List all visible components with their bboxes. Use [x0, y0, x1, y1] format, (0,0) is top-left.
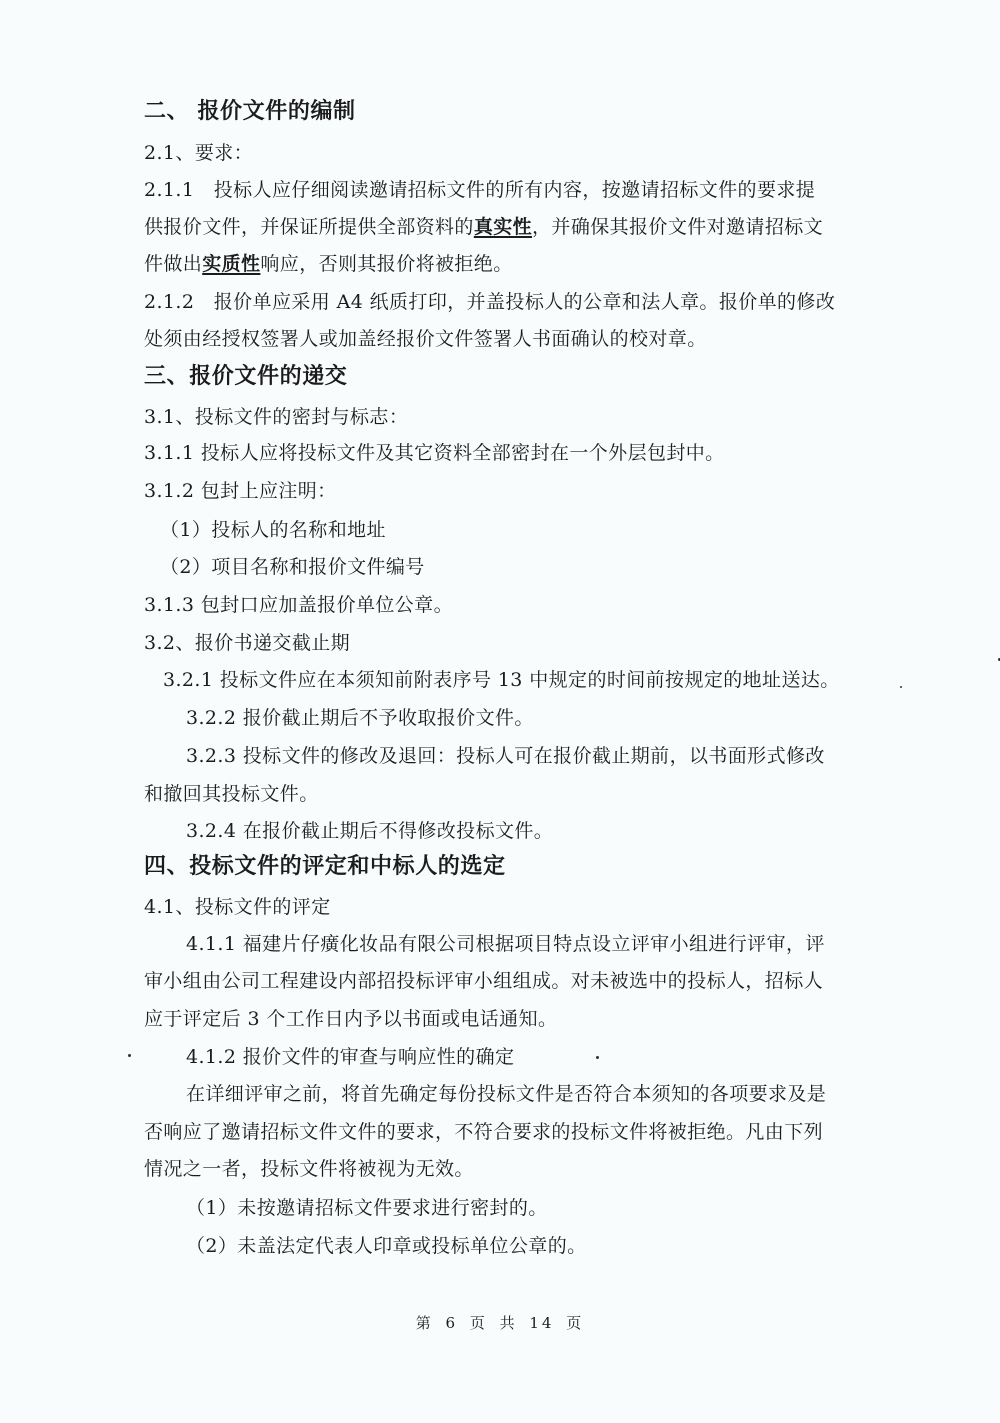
clause-3-2-1: 3.2.1 投标文件应在本须知前附表序号 13 中规定的时间前按规定的地址送达。: [163, 668, 840, 692]
clause-3-1-2: 3.1.2 包封上应注明：: [144, 479, 337, 503]
clause-2-1-2-line-1: 2.1.2 报价单应采用 A4 纸质打印，并盖投标人的公章和法人章。报价单的修改: [144, 290, 835, 314]
scan-speck: [596, 1056, 599, 1059]
clause-2-1-1-line-2: 供报价文件，并保证所提供全部资料的真实性，并确保其报价文件对邀请招标文: [144, 215, 823, 239]
emphasis-authenticity: 真实性: [474, 216, 532, 238]
clause-4-1-1-line-1: 4.1.1 福建片仔癀化妆品有限公司根据项目特点设立评审小组进行评审，评: [186, 932, 825, 956]
clause-3-1-2-item-1: （1）投标人的名称和地址: [160, 518, 386, 542]
clause-3-1: 3.1、投标文件的密封与标志：: [144, 405, 408, 429]
text-run: 供报价文件，并保证所提供全部资料的: [144, 216, 474, 238]
text-run: 响应，否则其报价将被拒绝。: [260, 253, 512, 275]
clause-2-1-1-line-3: 件做出实质性响应，否则其报价将被拒绝。: [144, 252, 513, 276]
clause-4-1-2-item-2: （2）未盖法定代表人印章或投标单位公章的。: [186, 1234, 587, 1258]
scan-speck: [128, 1054, 131, 1057]
clause-3-2: 3.2、报价书递交截止期: [144, 631, 350, 655]
section-heading-2: 二、 报价文件的编制: [144, 98, 356, 126]
emphasis-substantive: 实质性: [202, 253, 260, 275]
section-heading-4: 四、投标文件的评定和中标人的选定: [144, 853, 506, 881]
clause-4-1-2: 4.1.2 报价文件的审查与响应性的确定: [186, 1045, 514, 1069]
clause-3-1-2-item-2: （2）项目名称和报价文件编号: [160, 555, 425, 579]
document-page: 二、 报价文件的编制 2.1、要求： 2.1.1 投标人应仔细阅读邀请招标文件的…: [0, 0, 1000, 1423]
clause-3-2-3-line-1: 3.2.3 投标文件的修改及退回：投标人可在报价截止期前，以书面形式修改: [186, 744, 825, 768]
page-number-footer: 第 6 页 共 14 页: [0, 1312, 1000, 1333]
clause-4-1-2-item-1: （1）未按邀请招标文件要求进行密封的。: [186, 1196, 548, 1220]
text-run: 件做出: [144, 253, 202, 275]
clause-4-1-2-para-line-1: 在详细评审之前，将首先确定每份投标文件是否符合本须知的各项要求及是: [186, 1082, 826, 1106]
clause-3-2-3-line-2: 和撤回其投标文件。: [144, 782, 319, 806]
section-heading-3: 三、报价文件的递交: [144, 363, 347, 391]
clause-3-1-3: 3.1.3 包封口应加盖报价单位公章。: [144, 593, 453, 617]
clause-2-1-2-line-2: 处须由经授权签署人或加盖经报价文件签署人书面确认的校对章。: [144, 327, 707, 351]
clause-4-1-2-para-line-2: 否响应了邀请招标文件文件的要求，不符合要求的投标文件将被拒绝。凡由下列: [144, 1120, 823, 1144]
clause-4-1-2-para-line-3: 情况之一者，投标文件将被视为无效。: [144, 1157, 474, 1181]
clause-2-1-1-line-1: 2.1.1 投标人应仔细阅读邀请招标文件的所有内容，按邀请招标文件的要求提: [144, 178, 815, 202]
clause-4-1-1-line-3: 应于评定后 3 个工作日内予以书面或电话通知。: [144, 1007, 557, 1031]
clause-4-1: 4.1、投标文件的评定: [144, 895, 331, 919]
clause-3-1-1: 3.1.1 投标人应将投标文件及其它资料全部密封在一个外层包封中。: [144, 441, 725, 465]
clause-4-1-1-line-2: 审小组由公司工程建设内部招投标评审小组组成。对未被选中的投标人，招标人: [144, 969, 823, 993]
clause-3-2-4: 3.2.4 在报价截止期后不得修改投标文件。: [186, 819, 553, 843]
text-run: ，并确保其报价文件对邀请招标文: [532, 216, 823, 238]
clause-3-2-2: 3.2.2 报价截止期后不予收取报价文件。: [186, 706, 534, 730]
scan-speck: [900, 686, 902, 688]
clause-2-1: 2.1、要求：: [144, 141, 253, 165]
